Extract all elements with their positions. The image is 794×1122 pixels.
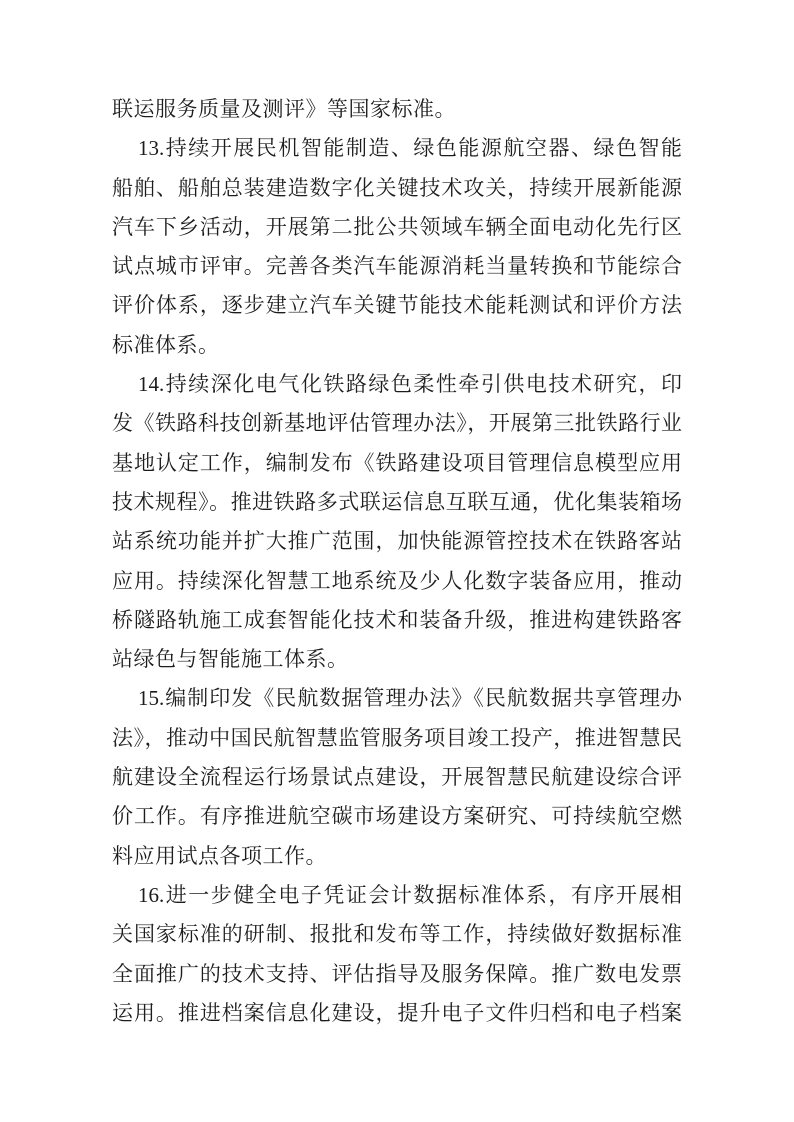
- document-line: 试点城市评审。完善各类汽车能源消耗当量转换和节能综合: [112, 247, 682, 286]
- document-line: 技术规程》。推进铁路多式联运信息互联互通，优化集装箱场: [112, 483, 682, 522]
- document-line: 船舶、船舶总装建造数字化关键技术攻关，持续开展新能源: [112, 169, 682, 208]
- document-line: 汽车下乡活动，开展第二批公共领域车辆全面电动化先行区: [112, 208, 682, 247]
- document-line: 联运服务质量及测评》等国家标准。: [112, 90, 682, 129]
- document-line: 标准体系。: [112, 326, 682, 365]
- document-line: 应用。持续深化智慧工地系统及少人化数字装备应用，推动: [112, 562, 682, 601]
- document-line: 站系统功能并扩大推广范围，加快能源管控技术在铁路客站: [112, 522, 682, 561]
- document-line-paragraph-14-start: 14.持续深化电气化铁路绿色柔性牵引供电技术研究，印: [112, 365, 682, 404]
- document-line: 评价体系，逐步建立汽车关键节能技术能耗测试和评价方法: [112, 286, 682, 325]
- document-line: 桥隧路轨施工成套智能化技术和装备升级，推进构建铁路客: [112, 601, 682, 640]
- document-line: 法》，推动中国民航智慧监管服务项目竣工投产，推进智慧民: [112, 719, 682, 758]
- document-line: 航建设全流程运行场景试点建设，开展智慧民航建设综合评: [112, 758, 682, 797]
- document-line: 发《铁路科技创新基地评估管理办法》，开展第三批铁路行业: [112, 404, 682, 443]
- document-line: 料应用试点各项工作。: [112, 837, 682, 876]
- document-line: 基地认定工作，编制发布《铁路建设项目管理信息模型应用: [112, 444, 682, 483]
- document-line-paragraph-13-start: 13.持续开展民机智能制造、绿色能源航空器、绿色智能: [112, 129, 682, 168]
- document-line: 价工作。有序推进航空碳市场建设方案研究、可持续航空燃: [112, 797, 682, 836]
- document-page: 联运服务质量及测评》等国家标准。 13.持续开展民机智能制造、绿色能源航空器、绿…: [0, 0, 794, 1122]
- document-line: 站绿色与智能施工体系。: [112, 640, 682, 679]
- document-line: 全面推广的技术支持、评估指导及服务保障。推广数电发票: [112, 955, 682, 994]
- document-line-paragraph-16-start: 16.进一步健全电子凭证会计数据标准体系，有序开展相: [112, 876, 682, 915]
- document-line-paragraph-15-start: 15.编制印发《民航数据管理办法》《民航数据共享管理办: [112, 679, 682, 718]
- document-text-block: 联运服务质量及测评》等国家标准。 13.持续开展民机智能制造、绿色能源航空器、绿…: [112, 90, 682, 1033]
- document-line: 运用。推进档案信息化建设，提升电子文件归档和电子档案: [112, 994, 682, 1033]
- document-line: 关国家标准的研制、报批和发布等工作，持续做好数据标准: [112, 915, 682, 954]
